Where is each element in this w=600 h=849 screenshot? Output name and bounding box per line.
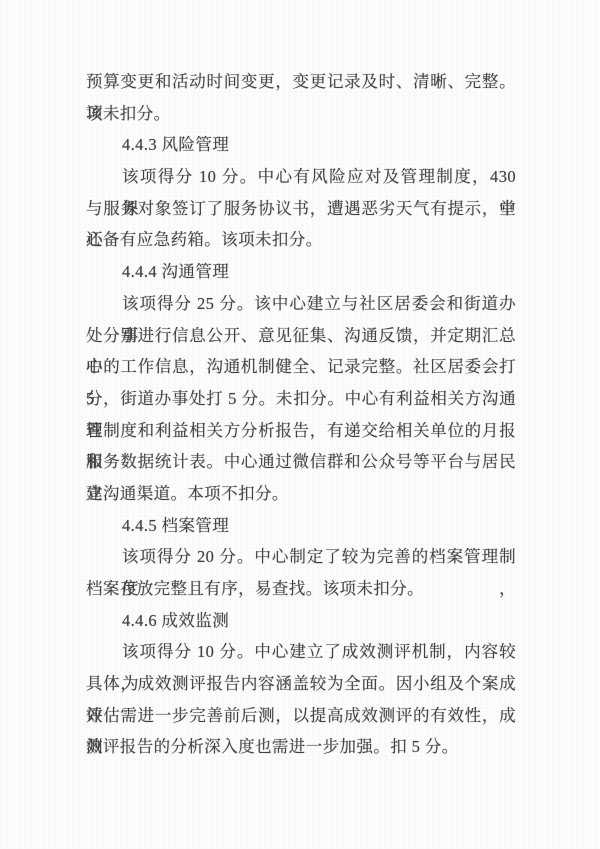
section-heading-line: 4.4.4 沟通管理 [86, 256, 516, 288]
text-line: 处分别进行信息公开、意见征集、沟通反馈，并定期汇总中 [86, 320, 516, 352]
text-line: 立沟通渠道。本项不扣分。 [86, 478, 516, 510]
text-line: 心的工作信息，沟通机制健全、记录完整。社区居委会打 5 [86, 351, 516, 383]
text-line: 服务数据统计表。中心通过微信群和公众号等平台与居民建 [86, 446, 516, 478]
document-text-block: 预算变更和活动时间变更，变更记录及时、清晰、完整。该项未扣分。4.4.3 风险管… [86, 66, 516, 763]
text-line: 该项得分 10 分。中心有风险应对及管理制度，430 课堂 [86, 161, 516, 193]
text-line: 与服务对象签订了服务协议书，遭遇恶劣天气有提示，中心 [86, 193, 516, 225]
text-line: 项未扣分。 [86, 98, 516, 130]
text-line: 该项得分 25 分。该中心建立与社区居委会和街道办事 [86, 288, 516, 320]
section-heading-line: 4.4.5 档案管理 [86, 510, 516, 542]
text-line: 档案存放完整且有序，易查找。该项未扣分。 [86, 573, 516, 605]
text-line: 该项得分 20 分。中心制定了较为完善的档案管理制度， [86, 541, 516, 573]
text-line: 具体，成效测评报告内容涵盖较为全面。因小组及个案成效 [86, 668, 516, 700]
text-line: 理制度和利益相关方分析报告，有递交给相关单位的月报和 [86, 415, 516, 447]
scanned-document-page: 预算变更和活动时间变更，变更记录及时、清晰、完整。该项未扣分。4.4.3 风险管… [0, 0, 600, 849]
text-line: 该项得分 10 分。中心建立了成效测评机制，内容较为 [86, 636, 516, 668]
text-line: 评估需进一步完善前后测，以提高成效测评的有效性，成效 [86, 700, 516, 732]
text-line: 分，街道办事处打 5 分。未扣分。中心有利益相关方沟通管 [86, 383, 516, 415]
text-line: 预算变更和活动时间变更，变更记录及时、清晰、完整。该 [86, 66, 516, 98]
section-heading-line: 4.4.6 成效监测 [86, 605, 516, 637]
text-line: 测评报告的分析深入度也需进一步加强。扣 5 分。 [86, 731, 516, 763]
text-line: 还备有应急药箱。该项未扣分。 [86, 224, 516, 256]
section-heading-line: 4.4.3 风险管理 [86, 129, 516, 161]
